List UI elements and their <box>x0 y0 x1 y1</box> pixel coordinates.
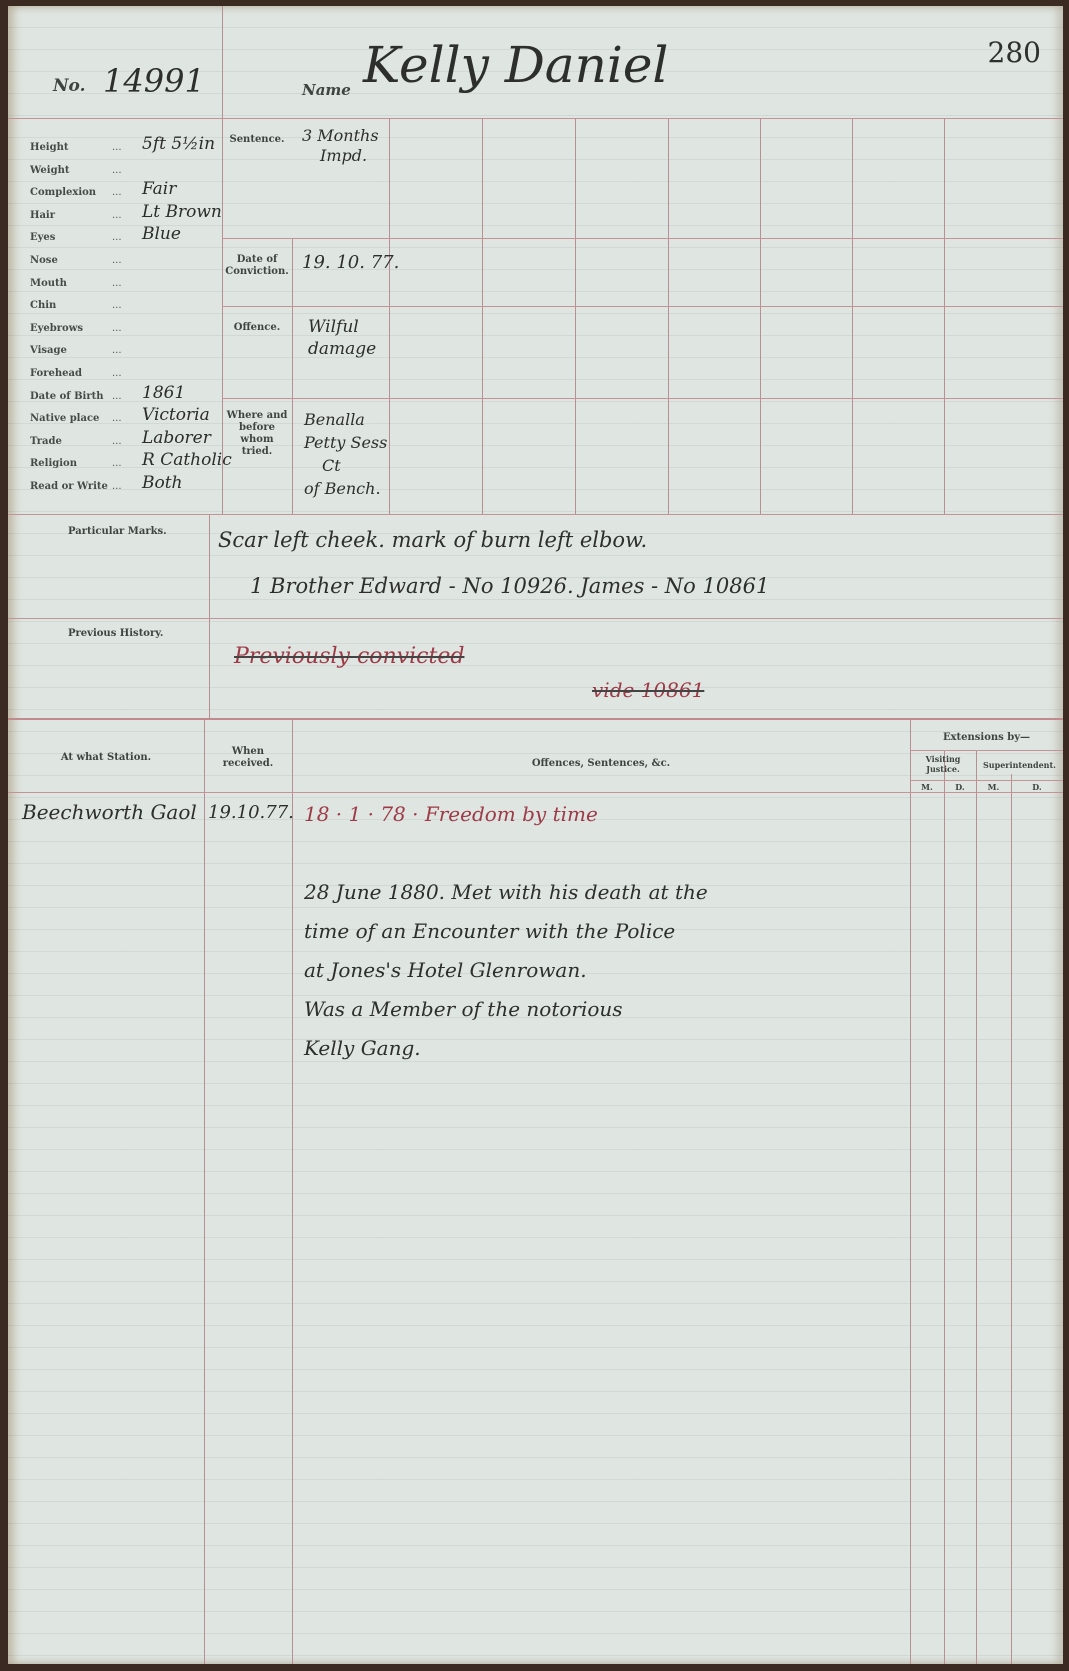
header-line: Justice. <box>910 764 976 774</box>
description-label: Chin <box>30 300 56 311</box>
leader-dots: ... <box>112 300 122 311</box>
leader-dots: ... <box>112 232 122 243</box>
description-label: Religion <box>30 458 77 469</box>
description-row: Eyes...Blue <box>30 226 215 248</box>
description-value: Both <box>142 473 183 493</box>
rule <box>910 750 1063 751</box>
record-number-label: No. <box>53 76 86 96</box>
description-value: Victoria <box>142 405 210 425</box>
description-row: Nose... <box>30 249 215 271</box>
description-value: Blue <box>142 224 181 244</box>
leader-dots: ... <box>112 436 122 447</box>
description-row: Read or Write...Both <box>30 475 215 497</box>
previous-history-label: Previous History. <box>68 628 163 639</box>
description-label: Eyes <box>30 232 55 243</box>
description-value: R Catholic <box>142 450 232 470</box>
rule <box>222 306 1063 307</box>
rule <box>204 720 205 1664</box>
record-number: 14991 <box>103 62 205 100</box>
description-value: Laborer <box>142 428 211 448</box>
header-line: Visiting <box>910 754 976 764</box>
description-row: Native place...Victoria <box>30 407 215 429</box>
sentence-label: Sentence. <box>222 134 292 145</box>
particular-marks-label: Particular Marks. <box>68 526 167 537</box>
entry-station: Beechworth Gaol <box>22 800 197 824</box>
offence-value: Wilful damage <box>308 316 376 360</box>
leader-dots: ... <box>112 278 122 289</box>
entry-note-line: 18 · 1 · 78 · Freedom by time <box>304 802 598 826</box>
sentence-value: 3 Months Impd. <box>302 126 379 166</box>
rule <box>209 514 210 719</box>
description-row: Forehead... <box>30 362 215 384</box>
sentence-line: Impd. <box>302 146 379 166</box>
leader-dots: ... <box>112 255 122 266</box>
rule <box>8 514 1063 515</box>
rule <box>8 618 1063 619</box>
leader-dots: ... <box>112 187 122 198</box>
prisoner-name: Kelly Daniel <box>363 36 668 94</box>
vj-months-header: M. <box>910 782 944 792</box>
previous-history-line: vide 10861 <box>592 678 704 702</box>
offence-line: Wilful <box>308 316 376 338</box>
offence-label: Offence. <box>222 322 292 333</box>
prison-register-page: No. 14991 Name Kelly Daniel 280 Height..… <box>8 6 1063 1664</box>
tried-line: Ct <box>304 454 387 477</box>
description-label: Date of Birth <box>30 391 103 402</box>
rule <box>389 118 390 514</box>
entry-note-line: at Jones's Hotel Glenrowan. <box>304 958 587 982</box>
entry-note-line: time of an Encounter with the Police <box>304 919 675 943</box>
rule <box>852 118 853 514</box>
rule <box>575 118 576 514</box>
description-row: Religion...R Catholic <box>30 452 215 474</box>
rule <box>944 750 945 1664</box>
description-value: 5ft 5½in <box>142 134 215 154</box>
rule <box>222 238 1063 239</box>
description-label: Trade <box>30 436 62 447</box>
rule <box>222 398 1063 399</box>
description-label: Complexion <box>30 187 96 198</box>
received-header: When received. <box>204 746 292 770</box>
sentence-line: 3 Months <box>302 126 379 146</box>
tried-line: of Bench. <box>304 477 387 500</box>
header-line: When <box>204 746 292 758</box>
tried-label: Where and before whom tried. <box>222 410 292 458</box>
particular-marks-line: Scar left cheek. mark of burn left elbow… <box>218 528 647 552</box>
leader-dots: ... <box>112 142 122 153</box>
description-row: Hair...Lt Brown <box>30 204 215 226</box>
label-line: Where and <box>222 410 292 422</box>
offence-line: damage <box>308 338 376 360</box>
header-line: received. <box>204 758 292 770</box>
leader-dots: ... <box>112 368 122 379</box>
offences-header: Offences, Sentences, &c. <box>292 758 910 769</box>
description-value: Fair <box>142 179 176 199</box>
entry-note-line: Kelly Gang. <box>304 1036 421 1060</box>
leader-dots: ... <box>112 481 122 492</box>
description-label: Nose <box>30 255 58 266</box>
description-row: Complexion...Fair <box>30 181 215 203</box>
description-row: Chin... <box>30 294 215 316</box>
rule <box>910 720 911 1664</box>
description-row: Date of Birth...1861 <box>30 385 215 407</box>
leader-dots: ... <box>112 165 122 176</box>
entry-received: 19.10.77. <box>208 802 294 823</box>
description-row: Height...5ft 5½in <box>30 136 215 158</box>
entry-note-line: Was a Member of the notorious <box>304 997 623 1021</box>
leader-dots: ... <box>112 210 122 221</box>
description-row: Mouth... <box>30 272 215 294</box>
label-line: tried. <box>222 446 292 458</box>
description-label: Read or Write <box>30 481 108 492</box>
rule <box>8 792 1063 793</box>
tried-line: Benalla <box>304 408 387 431</box>
description-row: Eyebrows... <box>30 317 215 339</box>
sup-months-header: M. <box>976 782 1011 792</box>
name-label: Name <box>302 81 351 99</box>
rule <box>292 720 293 1664</box>
label-line: before whom <box>222 422 292 446</box>
previous-history-line: Previously convicted <box>234 644 464 669</box>
description-value: Lt Brown <box>142 202 222 222</box>
rule <box>976 750 977 1664</box>
extensions-header: Extensions by— <box>910 732 1063 743</box>
leader-dots: ... <box>112 345 122 356</box>
description-label: Height <box>30 142 69 153</box>
rule <box>944 118 945 514</box>
description-label: Native place <box>30 413 99 424</box>
rule <box>760 118 761 514</box>
leader-dots: ... <box>112 458 122 469</box>
rule <box>8 718 1063 720</box>
label-line: Date of <box>222 254 292 266</box>
entry-note-line: 28 June 1880. Met with his death at the <box>304 880 708 904</box>
rule <box>668 118 669 514</box>
conviction-date: 19. 10. 77. <box>302 252 399 273</box>
description-row: Visage... <box>30 339 215 361</box>
description-label: Mouth <box>30 278 67 289</box>
tried-line: Petty Sess <box>304 431 387 454</box>
tried-value: Benalla Petty Sess Ct of Bench. <box>304 408 387 500</box>
description-row: Trade...Laborer <box>30 430 215 452</box>
description-label: Visage <box>30 345 67 356</box>
leader-dots: ... <box>112 413 122 424</box>
description-value: 1861 <box>142 383 185 403</box>
description-row: Weight... <box>30 159 215 181</box>
vj-days-header: D. <box>944 782 976 792</box>
description-label: Forehead <box>30 368 82 379</box>
rule <box>8 118 1063 119</box>
rule <box>1011 774 1012 1664</box>
rule <box>292 238 293 514</box>
description-label: Eyebrows <box>30 323 83 334</box>
superintendent-header: Superintendent. <box>976 760 1063 770</box>
page-number: 280 <box>988 36 1041 69</box>
conviction-label: Date of Conviction. <box>222 254 292 278</box>
leader-dots: ... <box>112 323 122 334</box>
rule <box>482 118 483 514</box>
description-label: Hair <box>30 210 55 221</box>
description-label: Weight <box>30 165 69 176</box>
label-line: Conviction. <box>222 266 292 278</box>
visiting-justice-header: Visiting Justice. <box>910 754 976 774</box>
leader-dots: ... <box>112 391 122 402</box>
station-header: At what Station. <box>8 752 204 763</box>
particular-marks-line: 1 Brother Edward - No 10926. James - No … <box>250 574 769 598</box>
sup-days-header: D. <box>1011 782 1063 792</box>
rule <box>910 780 1063 781</box>
